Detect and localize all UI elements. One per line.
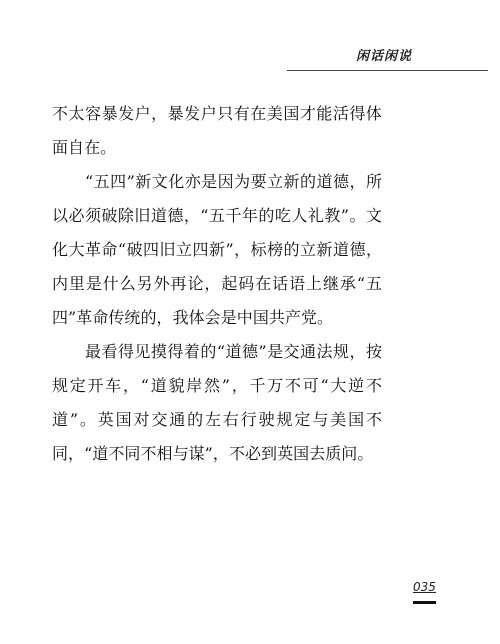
body-text: 不太容暴发户，暴发户只有在美国才能活得体面自在。 “五四”新文化亦是因为要立新的…	[52, 97, 382, 471]
running-header-title: 闲话闲说	[356, 45, 412, 64]
paragraph: “五四”新文化亦是因为要立新的道德，所以必须破除旧道德，“五千年的吃人礼教”。文…	[52, 165, 382, 335]
header-rule-divider	[287, 70, 488, 71]
page-number: 035	[413, 580, 436, 594]
paragraph: 最看得见摸得着的“道德”是交通法规，按规定开车，“道貌岸然”，千万不可“大逆不道…	[52, 335, 382, 471]
page-number-bar	[413, 601, 436, 604]
paragraph-continued: 不太容暴发户，暴发户只有在美国才能活得体面自在。	[52, 97, 382, 165]
